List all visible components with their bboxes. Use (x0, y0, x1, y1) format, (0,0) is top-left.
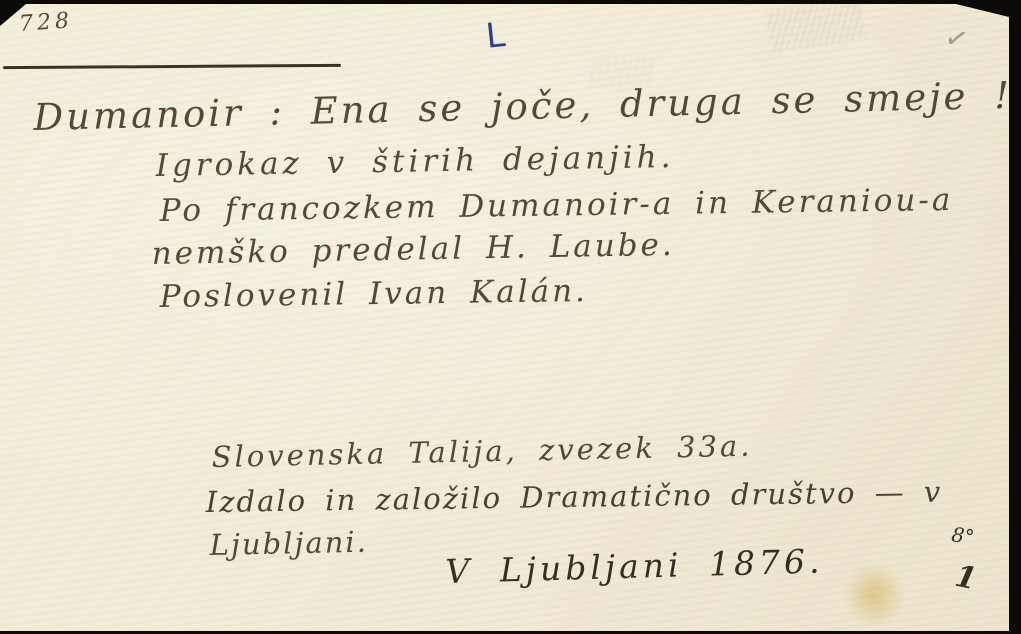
copy-number: 1 (952, 559, 980, 598)
title-line-german-adaptation: nemško predelal H. Laube. (151, 227, 675, 272)
imprint-line-place: Ljubljani. (209, 525, 368, 562)
header-rule (3, 64, 341, 69)
shelf-letter-mark: L (484, 15, 507, 57)
paper-smudge (588, 54, 653, 88)
title-line-translator: Poslovenil Ivan Kalán. (159, 273, 588, 315)
catalog-card: 728 L ✓ Dumanoir : Ena se joče, druga se… (0, 4, 1009, 631)
pencil-smudge (765, 0, 865, 53)
paper-stain (843, 562, 905, 628)
title-line-genre: Igrokaz v štirih dejanjih. (155, 139, 674, 184)
imprint-line-series: Slovenska Talija, zvezek 33a. (211, 429, 752, 474)
catalog-number: 728 (18, 8, 74, 37)
scan-background: 728 L ✓ Dumanoir : Ena se joče, druga se… (0, 0, 1021, 634)
imprint-line-publisher: Izdalo in založilo Dramatično društvo — … (206, 475, 943, 519)
title-line-source: Po francozkem Dumanoir-a in Keraniou-a (159, 182, 953, 229)
imprint-line-place-year: V Ljubljani 1876. (445, 541, 824, 591)
title-line-author-title: Dumanoir : Ena se joče, druga se smeje ! (33, 74, 1013, 139)
check-mark-icon: ✓ (941, 20, 972, 58)
format-mark: 8° (950, 522, 976, 549)
